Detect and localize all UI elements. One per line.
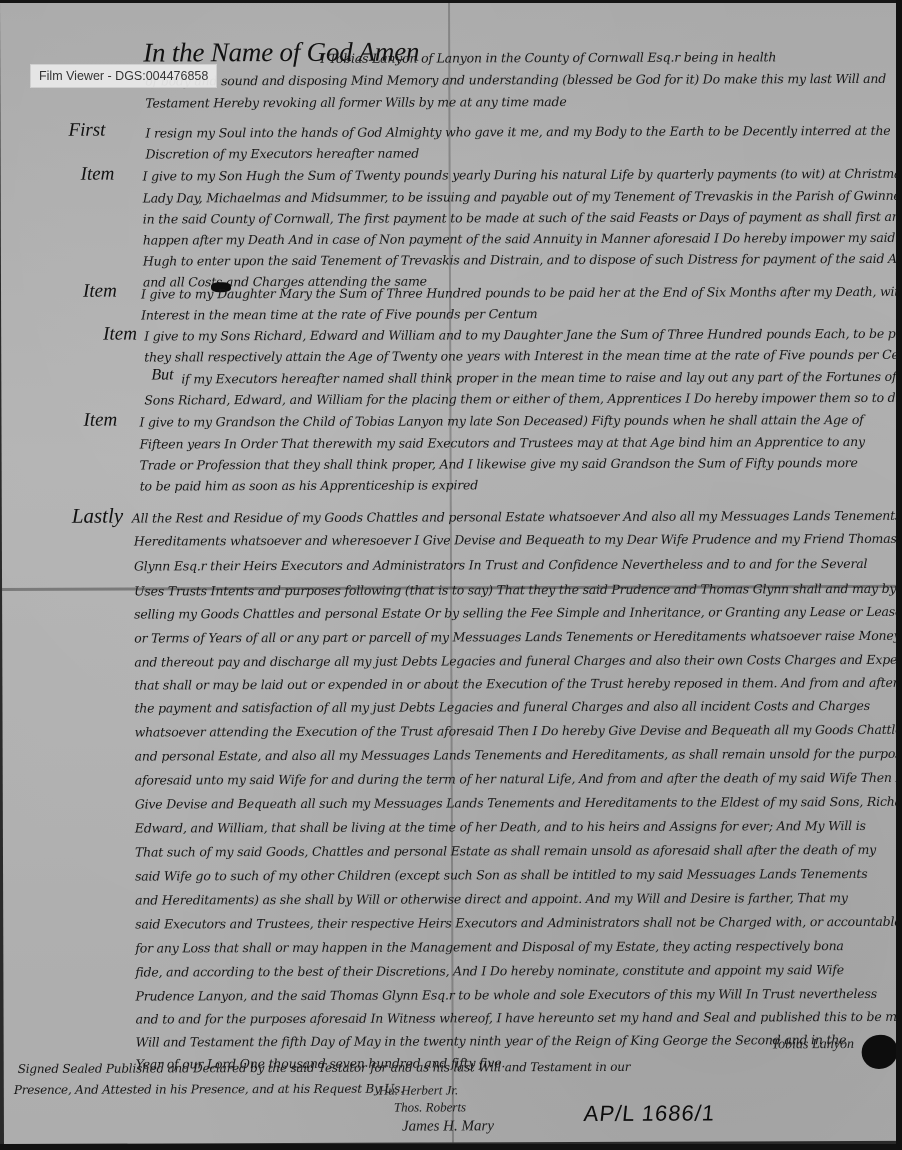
text-line: fide, and according to the best of their… — [135, 963, 844, 979]
text-line: in the said County of Cornwall, The firs… — [143, 210, 902, 227]
margin-label-item: Item — [103, 324, 137, 346]
text-line: Trade or Profession that they shall thin… — [140, 456, 858, 473]
text-line: Edward, and William, that shall be livin… — [135, 819, 866, 836]
text-line: Will and Testament the fifth Day of May … — [136, 1033, 847, 1049]
text-line: Discretion of my Executors hereafter nam… — [146, 147, 420, 162]
text-line: All the Rest and Residue of my Goods Cha… — [132, 509, 902, 526]
text-line: said Executors and Trustees, their respe… — [135, 915, 901, 932]
margin-label-item: Item — [83, 410, 117, 432]
text-line: that shall or may be laid out or expende… — [134, 676, 898, 693]
text-line: Give Devise and Bequeath all such my Mes… — [135, 795, 902, 812]
text-line: Hereditaments whatsoever and wheresoever… — [134, 532, 897, 549]
witness-signature: James H. Mary — [402, 1118, 494, 1135]
text-line: for any Loss that shall or may happen in… — [135, 939, 843, 955]
text-line: Testament Hereby revoking all former Wil… — [145, 95, 566, 110]
wax-seal — [862, 1035, 898, 1069]
text-line: Lady Day, Michaelmas and Midsummer, to b… — [143, 189, 902, 206]
text-line: whatsoever attending the Execution of th… — [135, 723, 902, 740]
text-line: I give to my Son Hugh the Sum of Twenty … — [143, 167, 902, 184]
page-edge-right — [896, 0, 902, 1150]
text-line: of body and sound and disposing Mind Mem… — [145, 72, 886, 89]
witness-signature: Hu. Herbert Jr. — [379, 1082, 458, 1098]
text-line: Fifteen years In Order That therewith my… — [140, 435, 865, 452]
text-line: the payment and satisfaction of all my j… — [134, 699, 870, 716]
attestation-line: Signed Sealed Published and Declared by … — [18, 1060, 631, 1076]
text-line: aforesaid unto my said Wife for and duri… — [135, 771, 901, 788]
text-line: I resign my Soul into the hands of God A… — [145, 124, 890, 141]
text-line: they shall respectively attain the Age o… — [144, 348, 902, 365]
text-line: selling my Goods Chattles and personal E… — [134, 605, 902, 622]
film-viewer[interactable]: In the Name of God Amen I Tobias Lanyon … — [0, 0, 902, 1150]
film-viewer-tooltip: Film Viewer - DGS:004476858 — [30, 64, 217, 88]
text-line: said Wife go to such of my other Childre… — [135, 867, 867, 884]
opening-line: I Tobias Lanyon of Lanyon in the County … — [320, 49, 776, 66]
margin-label-first: First — [68, 120, 105, 142]
attestation-line: Presence, And Attested in his Presence, … — [14, 1082, 404, 1097]
text-line: Prudence Lanyon, and the said Thomas Gly… — [135, 987, 876, 1004]
margin-label-item: Item — [81, 164, 115, 186]
text-line: I give to my Sons Richard, Edward and Wi… — [144, 327, 902, 344]
text-line: and Hereditaments) as she shall by Will … — [135, 891, 848, 907]
text-line: I give to my Grandson the Child of Tobia… — [139, 413, 863, 430]
text-line: That such of my said Goods, Chattles and… — [135, 843, 876, 860]
page-edge-top — [0, 0, 902, 3]
text-line: and personal Estate, and also all my Mes… — [135, 747, 902, 764]
text-line: and to and for the purposes aforesaid In… — [136, 1010, 902, 1027]
text-line: I give to my Daughter Mary the Sum of Th… — [141, 285, 902, 302]
margin-label-but: But — [151, 366, 173, 384]
archive-reference: AP/L 1686/1 — [583, 1101, 717, 1127]
text-line: to be paid him as soon as his Apprentice… — [140, 478, 478, 493]
text-line: Hugh to enter upon the said Tenement of … — [143, 252, 902, 269]
text-line: if my Executors hereafter named shall th… — [181, 370, 902, 387]
witness-signature: Thos. Roberts — [394, 1099, 466, 1115]
text-line: Interest in the mean time at the rate of… — [141, 307, 537, 322]
page-edge-bottom — [0, 1144, 902, 1150]
text-line: Uses Trusts Intents and purposes followi… — [134, 582, 896, 599]
text-line: and thereout pay and discharge all my ju… — [134, 653, 902, 670]
margin-label-item: Item — [83, 281, 117, 303]
text-line: happen after my Death And in case of Non… — [143, 231, 902, 248]
testator-signature: Tobias Lanyon — [772, 1037, 854, 1053]
document-image[interactable]: In the Name of God Amen I Tobias Lanyon … — [0, 0, 900, 1144]
text-line: Glynn Esq.r their Heirs Executors and Ad… — [134, 557, 867, 574]
text-line: or Terms of Years of all or any part or … — [134, 629, 900, 646]
text-line: Sons Richard, Edward, and William for th… — [144, 391, 902, 408]
margin-label-lastly: Lastly — [72, 504, 123, 529]
